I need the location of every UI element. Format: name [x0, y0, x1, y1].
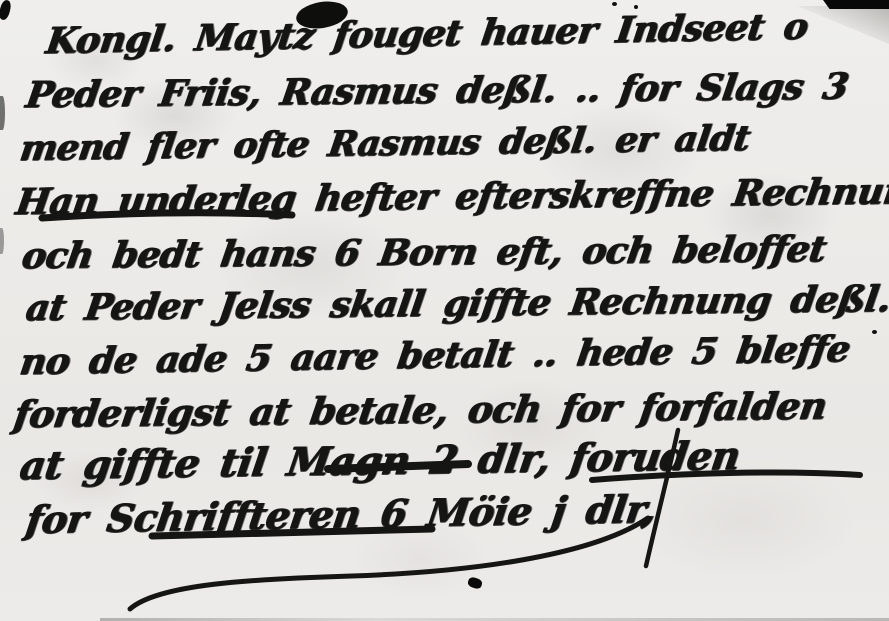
scan-mark-top-left — [0, 0, 12, 21]
ink-blot-bottom — [467, 576, 483, 590]
handwriting-line-5: och bedt hans 6 Born eft, och beloffet — [19, 228, 828, 277]
paper-corner-shadow-top-right — [797, 6, 889, 44]
handwriting-line-3: mend fler ofte Rasmus deßl. er aldt — [17, 118, 752, 169]
scan-bar-top-right — [823, 0, 889, 9]
handwriting-line-9: at giffte til Magn 2 dlr, foruden — [17, 433, 743, 489]
edge-mark-left-1 — [0, 96, 5, 130]
handwriting-line-7: no de ade 5 aare betalt .. hede 5 bleffe — [17, 328, 852, 383]
handwriting-line-10: for Schriffteren 6 Möie j dlr, — [23, 486, 659, 542]
handwriting-line-6: at Peder Jelss skall giffte Rechnung deß… — [23, 278, 889, 329]
handwriting-line-1: Kongl. Maytz fouget hauer Indseet o — [43, 5, 810, 62]
ink-speck-3 — [872, 330, 877, 334]
manuscript-page: Kongl. Maytz fouget hauer Indseet o Pede… — [0, 0, 889, 621]
ink-speck-1 — [612, 2, 617, 6]
handwriting-line-2: Peder Friis, Rasmus deßl. .. for Slags 3 — [23, 65, 851, 116]
edge-mark-left-2 — [0, 228, 4, 254]
handwriting-line-8: forderligst at betale, och for forfalden — [11, 383, 829, 436]
ink-speck-2 — [634, 5, 638, 9]
handwriting-line-4: Han underleg hefter efterskreffne Rechnu… — [13, 170, 889, 223]
